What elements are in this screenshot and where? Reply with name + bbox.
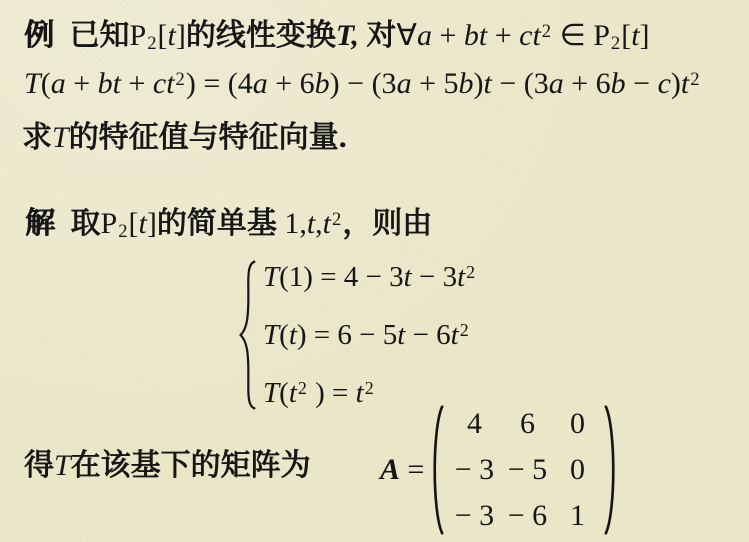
text-segment: 2 (146, 33, 157, 54)
text-segment: − 6 (405, 319, 450, 351)
text-segment: t (289, 319, 297, 351)
text-segment: + 6 (268, 67, 315, 100)
text-segment: c (658, 67, 671, 100)
text-segment: t (167, 19, 175, 52)
text-segment: a (417, 19, 432, 52)
text-segment: 2 (610, 33, 621, 54)
text-segment: 2 (117, 221, 128, 242)
text-segment: a (51, 67, 66, 100)
text-segment: 2 (364, 378, 375, 398)
text-segment: ( (279, 319, 289, 351)
matrix-equation: A = 460− 3− 50− 3− 61 (380, 400, 620, 540)
equation-T-of-t: T(t) = 6 − 5t − 6t2 (263, 313, 476, 360)
left-curly-brace-icon (236, 253, 258, 417)
text-segment: ) = (308, 377, 356, 409)
matrix-cell: − 3 (455, 447, 494, 493)
text-segment: ) = 6 − 5 (297, 319, 397, 351)
matrix-cell: 0 (570, 401, 585, 447)
text-segment: t (307, 207, 315, 240)
right-paren-icon (603, 400, 620, 540)
text-segment: , (315, 207, 323, 240)
text-segment (55, 19, 70, 52)
text-segment: t (289, 377, 297, 409)
matrix-cell: 0 (570, 447, 585, 493)
text-segment: [ (128, 207, 138, 240)
text-segment: 对 (366, 19, 396, 52)
text-segment: t (138, 207, 146, 240)
text-segment: P (593, 19, 610, 52)
text-segment: t (681, 67, 689, 100)
text-segment: A (380, 453, 400, 486)
text-segment: t (404, 261, 412, 293)
text-segment: − (626, 67, 658, 100)
solution-basis-line: 解 取P2[t]的简单基 1,t,t2，则由 (25, 202, 432, 250)
text-segment: ] (147, 207, 157, 240)
text-segment: , (351, 19, 359, 52)
text-segment: 2 (175, 69, 186, 90)
text-segment: b (315, 67, 330, 100)
text-segment: ) (671, 67, 681, 100)
text-segment: 的简单基 (157, 207, 277, 240)
text-segment: (1) = 4 − 3 (279, 261, 404, 293)
text-segment: b (458, 67, 473, 100)
matrix-cell: − 6 (508, 493, 547, 539)
text-segment: 2 (297, 378, 308, 398)
text-segment: − (3 (492, 67, 549, 100)
text-segment: T (24, 67, 41, 100)
matrix-lhs: A = (380, 453, 424, 487)
text-segment: 得 (24, 449, 54, 482)
text-segment: + (66, 67, 98, 100)
text-segment: 1, (277, 207, 307, 240)
equation-column: T(1) = 4 − 3t − 3t2 T(t) = 6 − 5t − 6t2 … (263, 251, 476, 418)
text-segment: T (263, 261, 279, 293)
text-segment: + (487, 19, 519, 52)
text-segment: ) = (4 (186, 67, 253, 100)
text-segment: 已知 (70, 19, 130, 52)
text-segment: 的特征值与特征向量 (69, 121, 339, 154)
equation-system: T(1) = 4 − 3t − 3t2 T(t) = 6 − 5t − 6t2 … (236, 251, 476, 418)
text-segment: 取 (71, 207, 101, 240)
matrix-intro-line: 得T在该基下的矩阵为 (24, 444, 311, 488)
text-segment: 在该基下的矩阵为 (71, 449, 311, 482)
text-segment: ，则由 (342, 207, 432, 240)
text-segment: a (397, 67, 412, 100)
text-segment: t (483, 67, 491, 100)
text-segment (56, 207, 71, 240)
text-segment: 的线性变换 (186, 19, 336, 52)
text-segment: P (101, 207, 118, 240)
text-segment: − 3 (412, 261, 457, 293)
matrix-cell: − 5 (508, 447, 547, 493)
text-segment: + 5 (412, 67, 459, 100)
text-segment: = (400, 453, 424, 486)
text-segment: t (631, 19, 639, 52)
example-statement-line: 例 已知P2[t]的线性变换T, 对∀a + bt + ct2 ∈ P2[t] (24, 14, 650, 62)
text-segment: [ (621, 19, 631, 52)
text-segment: ∈ (552, 19, 593, 52)
text-segment: . (339, 121, 347, 154)
text-segment: T (263, 377, 279, 409)
text-segment: + 6 (564, 67, 611, 100)
text-segment: t (323, 207, 331, 240)
matrix-A-grid: 460− 3− 50− 3− 61 (445, 401, 603, 539)
left-paren-icon (428, 400, 445, 540)
text-segment: ct (153, 67, 175, 100)
text-segment: 求 (22, 121, 52, 154)
text-segment: ) (473, 67, 483, 100)
text-segment: 2 (541, 21, 552, 42)
lecture-slide: 例 已知P2[t]的线性变换T, 对∀a + bt + ct2 ∈ P2[t] … (0, 0, 749, 542)
text-segment: T (263, 319, 279, 351)
text-segment: ] (640, 19, 650, 52)
text-segment: ( (41, 67, 51, 100)
text-segment: a (253, 67, 268, 100)
text-segment: ] (176, 19, 186, 52)
text-segment: t (451, 319, 459, 351)
text-segment: bt (464, 19, 487, 52)
text-segment: t (356, 377, 364, 409)
text-segment: 例 (24, 19, 55, 52)
text-segment: 解 (25, 207, 56, 240)
question-line: 求T的特征值与特征向量. (22, 116, 347, 160)
matrix-cell: − 3 (455, 493, 494, 539)
text-segment: [ (157, 19, 167, 52)
text-segment: ct (519, 19, 541, 52)
text-segment: T (52, 121, 69, 154)
matrix-cell: 1 (570, 493, 585, 539)
equation-T-of-1: T(1) = 4 − 3t − 3t2 (263, 255, 476, 302)
text-segment: ( (279, 377, 289, 409)
text-segment: + (432, 19, 464, 52)
text-segment: 2 (331, 209, 342, 230)
matrix-cell: 6 (520, 401, 535, 447)
text-segment: 2 (459, 320, 470, 340)
text-segment: 2 (689, 69, 700, 90)
text-segment: T (54, 449, 71, 482)
text-segment: 2 (465, 262, 476, 282)
text-segment: + (121, 67, 153, 100)
matrix-cell: 4 (467, 401, 482, 447)
text-segment: ) − (3 (330, 67, 397, 100)
text-segment: bt (98, 67, 121, 100)
text-segment: a (549, 67, 564, 100)
text-segment: T (336, 19, 352, 52)
transform-formula-line: T(a + bt + ct2) = (4a + 6b) − (3a + 5b)t… (24, 62, 701, 110)
text-segment: ∀ (396, 19, 417, 52)
text-segment: t (457, 261, 465, 293)
text-segment: b (611, 67, 626, 100)
text-segment: P (130, 19, 147, 52)
